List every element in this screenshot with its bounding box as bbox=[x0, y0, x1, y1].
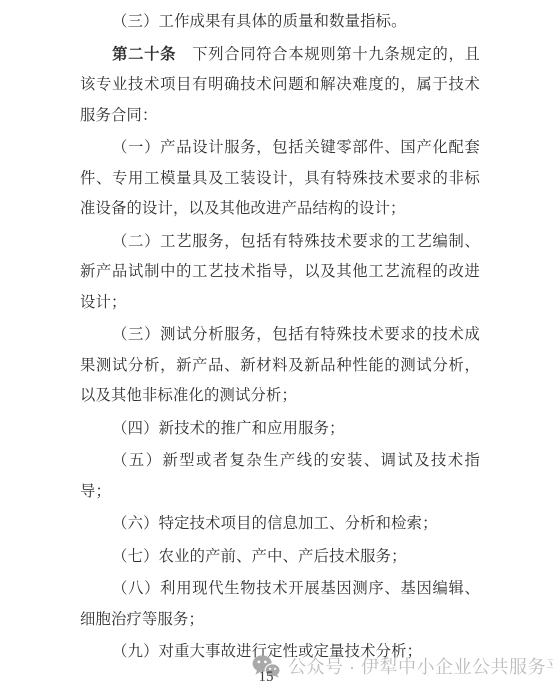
text-run: （三）测试分析服务，包括有特殊技术要求的技术成果测试分析，新产品、新材料及新品种… bbox=[80, 326, 480, 404]
wechat-watermark: 公众号 · 伊犁中小企业公共服务平台 bbox=[252, 653, 553, 679]
text-run: （四）新技术的推广和应用服务； bbox=[112, 420, 344, 437]
article-number-term: 第二十条 bbox=[112, 46, 176, 63]
text-run: （八）利用现代生物技术开展基因测序、基因编辑、细胞治疗等服务； bbox=[80, 580, 480, 628]
document-page: （三）工作成果有具体的质量和数量指标。第二十条 下列合同符合本规则第十九条规定的… bbox=[0, 0, 553, 690]
text-run: （一）产品设计服务，包括关键零部件、国产化配套件、专用工模量具及工装设计，具有特… bbox=[80, 139, 480, 217]
paragraph: （三）测试分析服务，包括有特殊技术要求的技术成果测试分析，新产品、新材料及新品种… bbox=[80, 320, 480, 412]
paragraph: 第二十条 下列合同符合本规则第十九条规定的，且该专业技术项目有明确技术问题和解决… bbox=[80, 40, 480, 132]
text-run: （五）新型或者复杂生产线的安装、调试及技术指导； bbox=[80, 452, 480, 500]
paragraph: （八）利用现代生物技术开展基因测序、基因编辑、细胞治疗等服务； bbox=[80, 574, 480, 635]
text-run: （六）特定技术项目的信息加工、分析和检索； bbox=[112, 515, 437, 532]
watermark-text: 公众号 · 伊犁中小企业公共服务平台 bbox=[288, 653, 553, 679]
paragraph: （一）产品设计服务，包括关键零部件、国产化配套件、专用工模量具及工装设计，具有特… bbox=[80, 133, 480, 225]
document-body: （三）工作成果有具体的质量和数量指标。第二十条 下列合同符合本规则第十九条规定的… bbox=[80, 7, 480, 668]
paragraph: （二）工艺服务，包括有特殊技术要求的工艺编制、新产品试制中的工艺技术指导，以及其… bbox=[80, 227, 480, 319]
paragraph: （五）新型或者复杂生产线的安装、调试及技术指导； bbox=[80, 446, 480, 507]
paragraph: （三）工作成果有具体的质量和数量指标。 bbox=[80, 7, 480, 38]
paragraph: （六）特定技术项目的信息加工、分析和检索； bbox=[80, 509, 480, 540]
paragraph: （四）新技术的推广和应用服务； bbox=[80, 414, 480, 445]
page-number: 15 bbox=[246, 669, 286, 686]
paragraph: （七）农业的产前、产中、产后技术服务； bbox=[80, 542, 480, 573]
text-run: （二）工艺服务，包括有特殊技术要求的工艺编制、新产品试制中的工艺技术指导，以及其… bbox=[80, 233, 480, 311]
text-run: （七）农业的产前、产中、产后技术服务； bbox=[112, 548, 406, 565]
text-run: （三）工作成果有具体的质量和数量指标。 bbox=[112, 13, 406, 30]
